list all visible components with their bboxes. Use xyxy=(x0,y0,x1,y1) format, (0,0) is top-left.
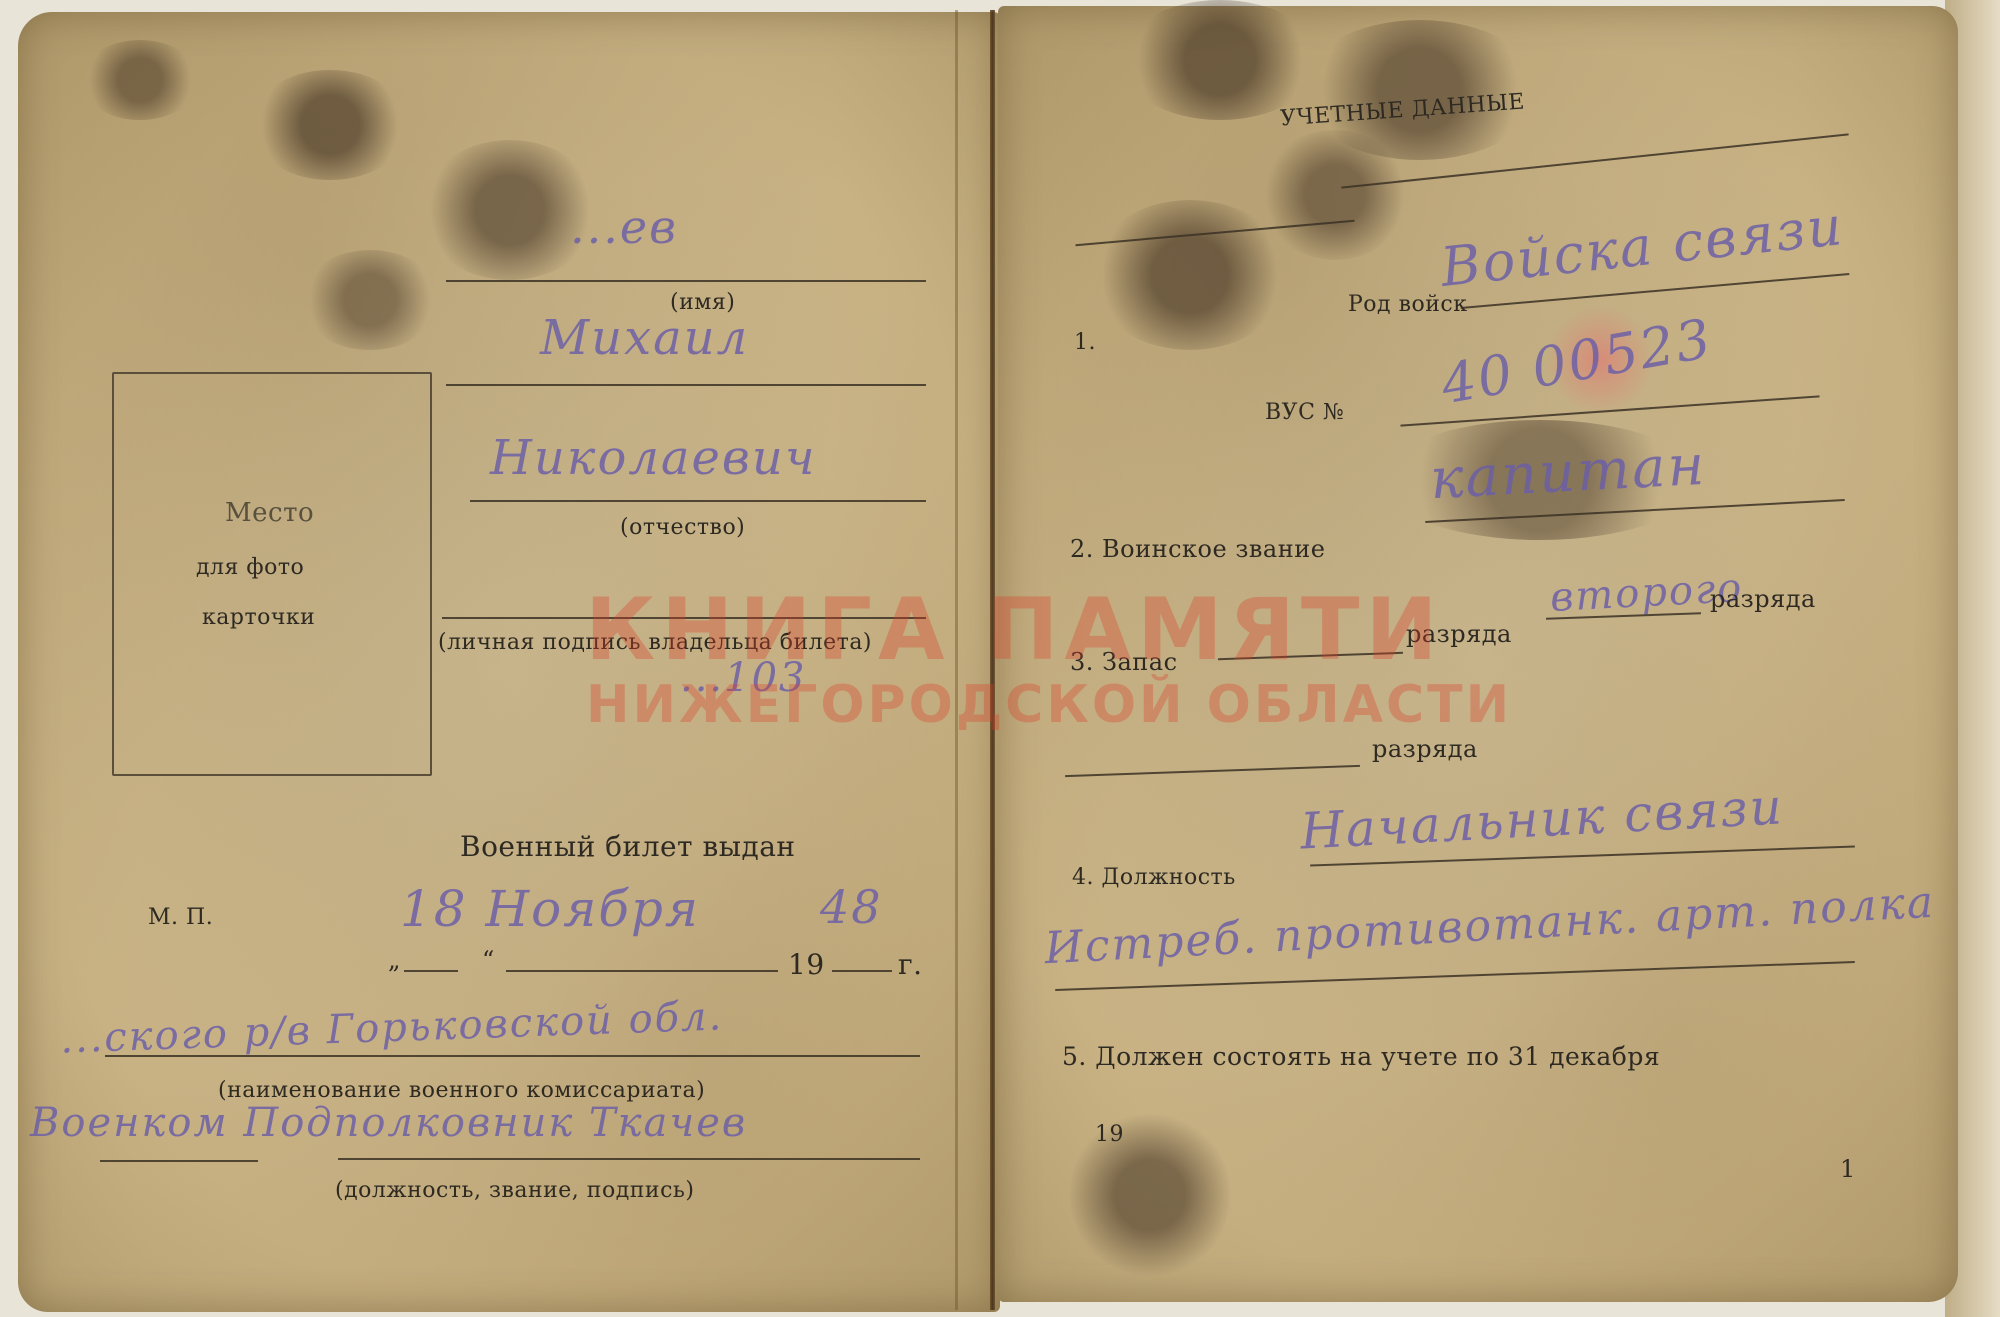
date-quote-open: „ xyxy=(388,946,401,974)
date-year-line xyxy=(832,970,892,972)
item2-label: 2. Воинское звание xyxy=(1070,535,1325,563)
mold-stain xyxy=(1090,200,1290,350)
photo-box-line1: Место xyxy=(225,498,314,528)
seal-place-label: М. П. xyxy=(148,905,213,930)
patronymic-line xyxy=(470,500,926,502)
officer-line-2 xyxy=(338,1158,920,1160)
item3-suffix3: разряда xyxy=(1372,735,1478,763)
mold-stain xyxy=(1120,0,1320,120)
surname-handwritten: ...ев xyxy=(570,200,678,254)
mold-stain xyxy=(300,250,440,350)
item1b-label: ВУС № xyxy=(1265,400,1344,425)
issued-heading: Военный билет выдан xyxy=(460,830,796,863)
watermark-line1: КНИГА ПАМЯТИ xyxy=(585,580,1444,680)
name-handwritten: Михаил xyxy=(540,310,749,366)
watermark-line2: НИЖЕГОРОДСКОЙ ОБЛАСТИ xyxy=(586,675,1512,735)
photo-box-line2: для фото xyxy=(196,555,304,580)
photo-box-line3: карточки xyxy=(202,605,315,630)
mold-stain xyxy=(250,70,410,180)
mold-stain xyxy=(1070,1110,1230,1280)
item4-label: 4. Должность xyxy=(1072,865,1236,890)
officer-line-1 xyxy=(100,1160,258,1162)
item5-label: 5. Должен состоять на учете по 31 декабр… xyxy=(1062,1042,1660,1071)
mold-stain xyxy=(80,40,200,120)
mold-stain xyxy=(1260,130,1410,260)
date-day-line xyxy=(404,970,458,972)
date-quote-close: “ xyxy=(482,946,495,974)
issue-year-handwritten: 48 xyxy=(820,880,883,934)
patronymic-handwritten: Николаевич xyxy=(490,430,817,486)
surname-line xyxy=(446,280,926,282)
page-number: 1 xyxy=(1840,1155,1856,1183)
date-year-prefix: 19 xyxy=(788,948,825,981)
item3-suffix2: разряда xyxy=(1710,585,1816,613)
commissariat-line xyxy=(105,1055,920,1057)
date-year-suffix: г. xyxy=(898,948,923,981)
officer-handwritten: Военком Подполковник Ткачев xyxy=(30,1100,747,1146)
item1-number: 1. xyxy=(1074,330,1096,355)
name-line xyxy=(446,384,926,386)
issue-date-handwritten: 18 Ноября xyxy=(400,880,700,938)
officer-label: (должность, звание, подпись) xyxy=(335,1178,694,1203)
item5-year-prefix: 19 xyxy=(1095,1122,1124,1147)
date-month-line xyxy=(506,970,778,972)
patronymic-label: (отчество) xyxy=(620,515,745,540)
